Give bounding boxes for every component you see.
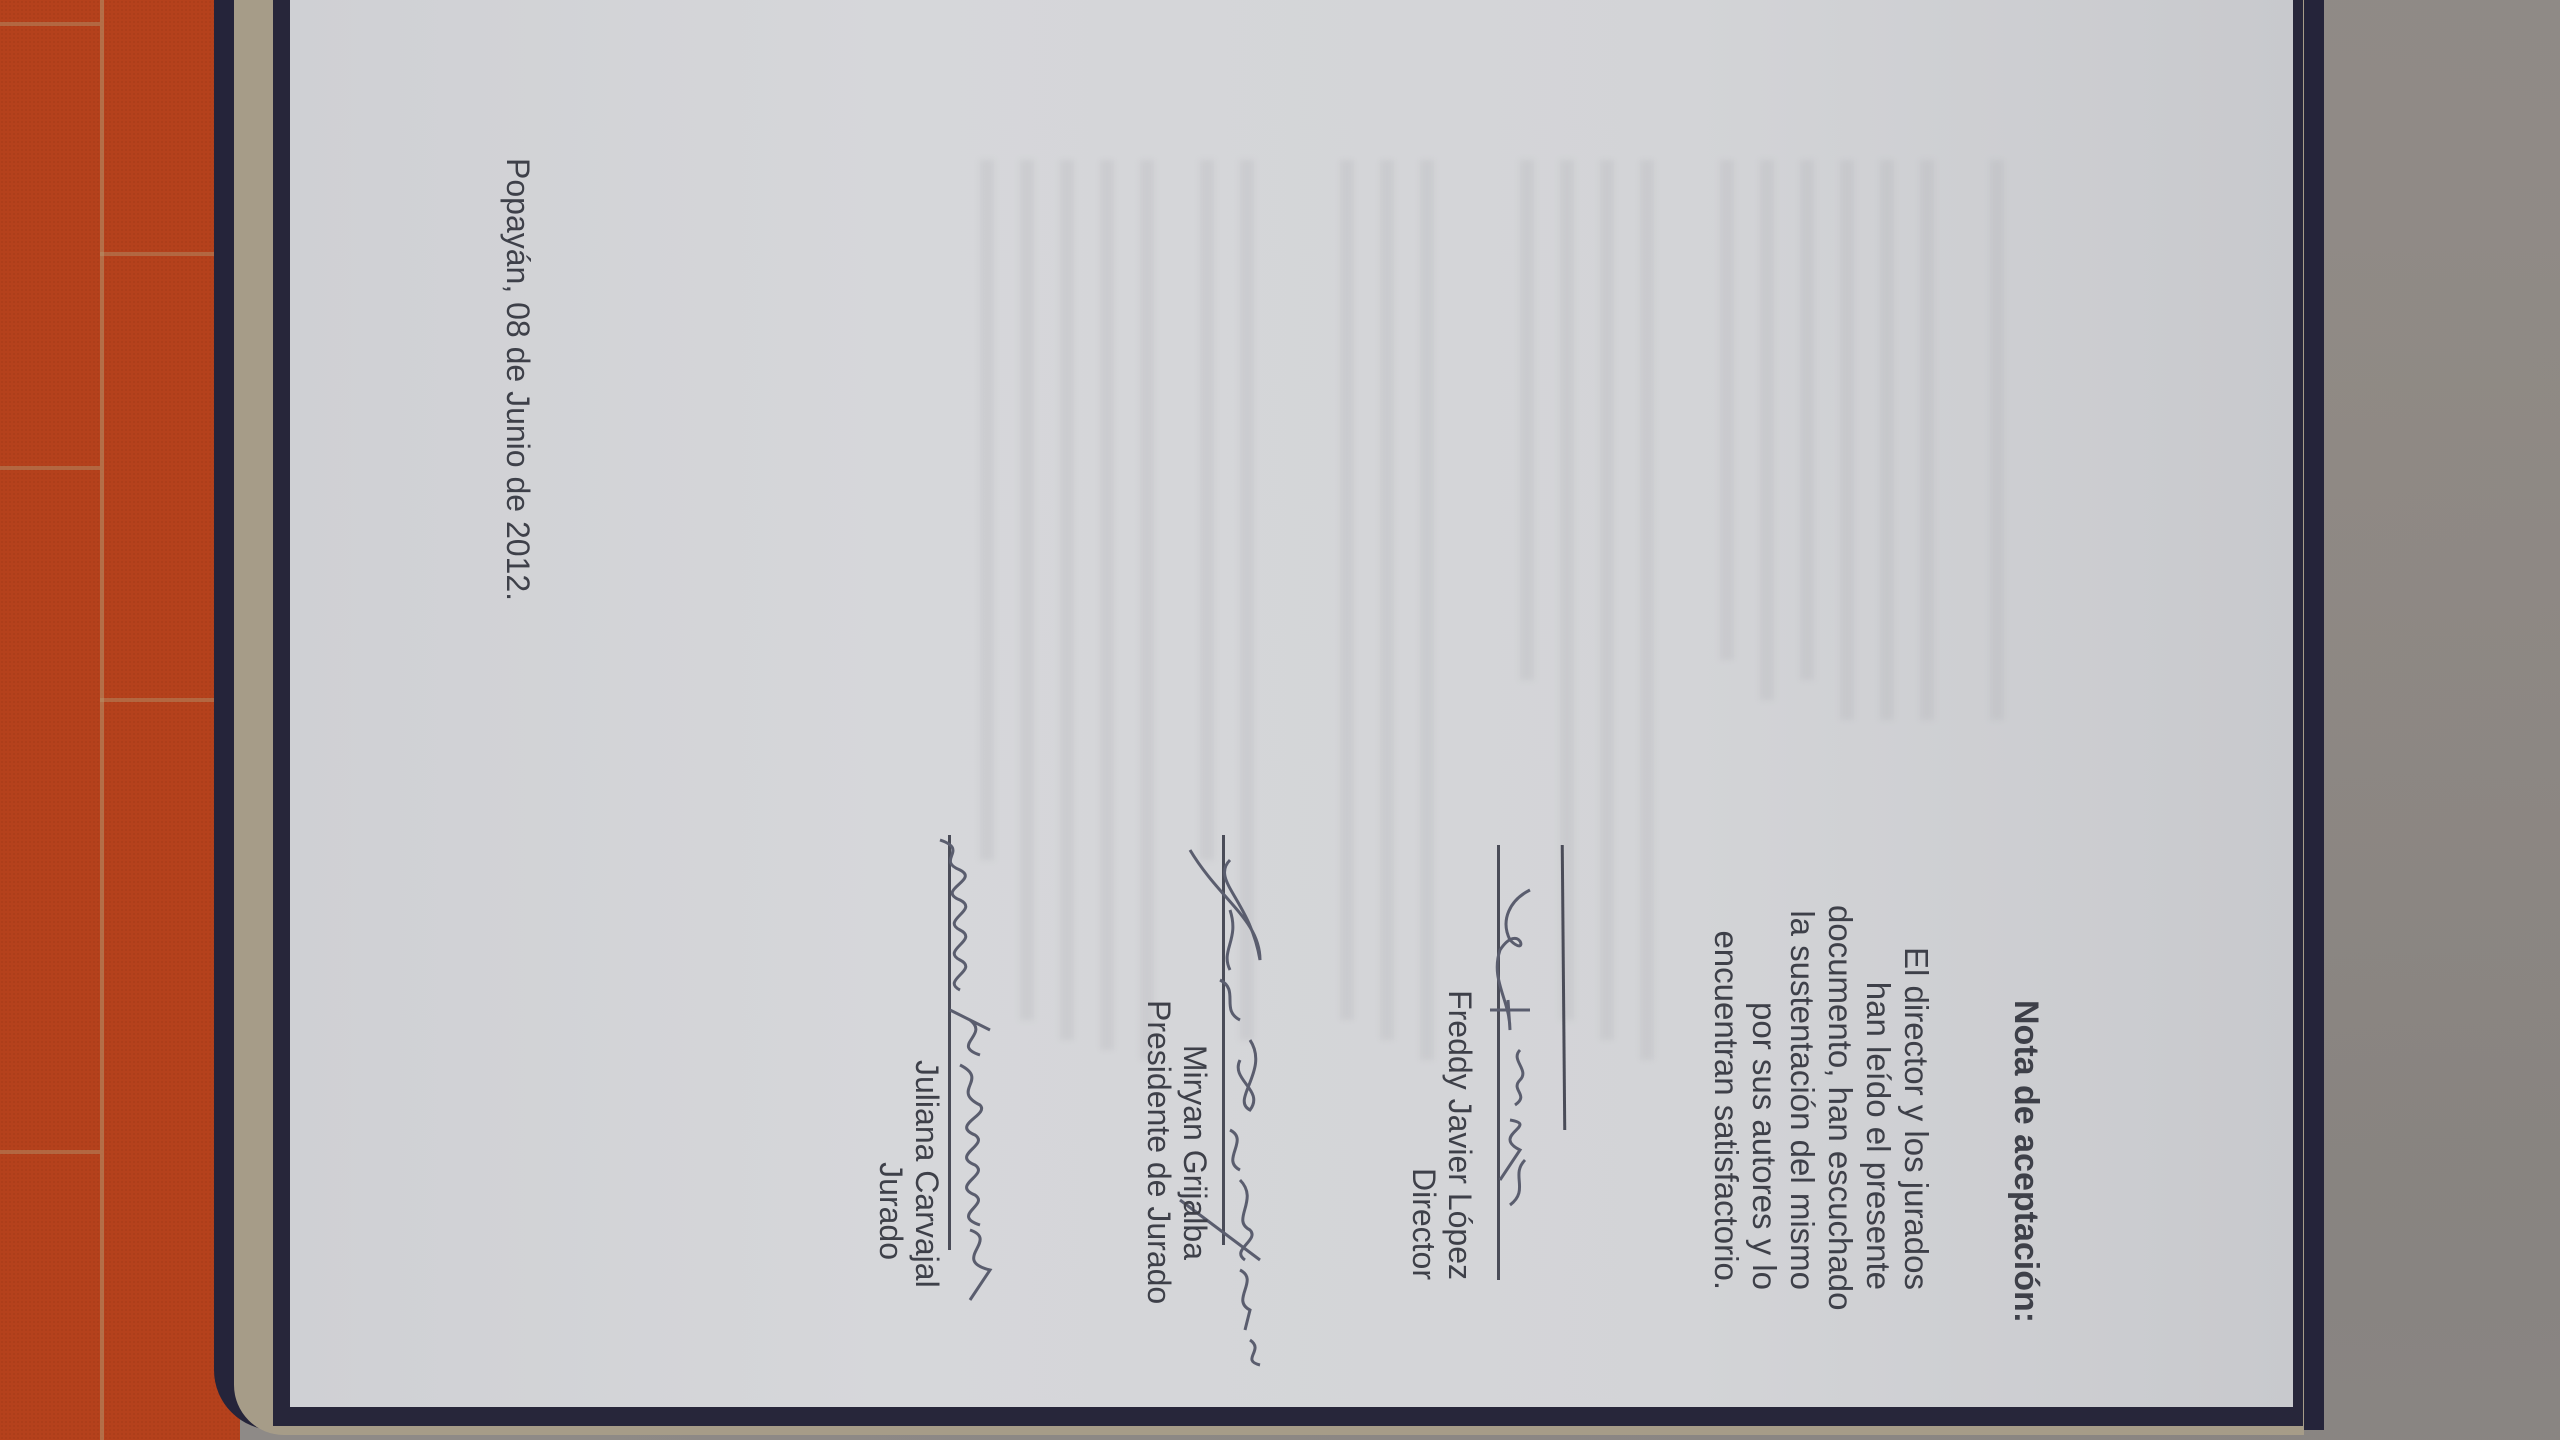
bleed-through	[1140, 160, 1154, 1060]
statement-line: por sus autores y lo	[1745, 905, 1783, 1290]
statement-line: han leído el presente	[1859, 905, 1897, 1290]
director-signature	[1470, 880, 1580, 1220]
bleed-through	[1100, 160, 1114, 1050]
statement-line: El director y los jurados	[1897, 905, 1935, 1290]
bleed-through	[1720, 160, 1734, 660]
signatory-role: Jurado	[873, 1060, 909, 1260]
bleed-through	[1600, 160, 1614, 1040]
orange-tile-surface	[0, 0, 240, 1440]
bleed-through	[1760, 160, 1774, 700]
tile-grout	[100, 252, 220, 256]
signatory-name: Miryan Grijalba	[1177, 1000, 1213, 1260]
signatory-president: Miryan Grijalba Presidente de Jurado	[1141, 1000, 1213, 1260]
acceptance-statement: El director y los jurados han leído el p…	[1707, 905, 1935, 1290]
bleed-through	[1800, 160, 1814, 680]
signatory-role: Presidente de Jurado	[1141, 1000, 1177, 1260]
tile-grout	[100, 0, 104, 1440]
bleed-through	[1920, 160, 1934, 720]
acceptance-heading: Nota de aceptación:	[2006, 1000, 2045, 1323]
place-date: Popayán, 08 de Junio de 2012.	[499, 158, 536, 601]
signatory-juror: Juliana Carvajal Jurado	[873, 1060, 945, 1260]
signatory-director: Freddy Javier López Director	[1406, 980, 1478, 1280]
signatory-name: Juliana Carvajal	[909, 1060, 945, 1260]
bleed-through	[980, 160, 994, 860]
statement-line: encuentran satisfactorio.	[1707, 905, 1745, 1290]
bleed-through	[1340, 160, 1354, 1020]
tile-grout	[100, 698, 220, 702]
bleed-through	[1520, 160, 1534, 680]
bleed-through	[1420, 160, 1434, 1060]
tile-grout	[0, 466, 100, 470]
statement-line: la sustentación del mismo	[1783, 905, 1821, 1290]
bleed-through	[1020, 160, 1034, 1020]
tile-grout	[0, 22, 100, 26]
bleed-through	[1060, 160, 1074, 1040]
bleed-through	[1880, 160, 1894, 720]
statement-line: documento, han escuchado	[1821, 905, 1859, 1290]
document-page	[290, 0, 2293, 1407]
signatory-name: Freddy Javier López	[1442, 980, 1478, 1280]
bleed-through	[1640, 160, 1654, 1060]
signatory-role: Director	[1406, 980, 1442, 1280]
tile-grout	[0, 1150, 100, 1154]
bleed-through	[1380, 160, 1394, 1040]
bleed-through	[1990, 160, 2004, 720]
bleed-through	[1200, 160, 1214, 860]
bleed-through	[1840, 160, 1854, 720]
